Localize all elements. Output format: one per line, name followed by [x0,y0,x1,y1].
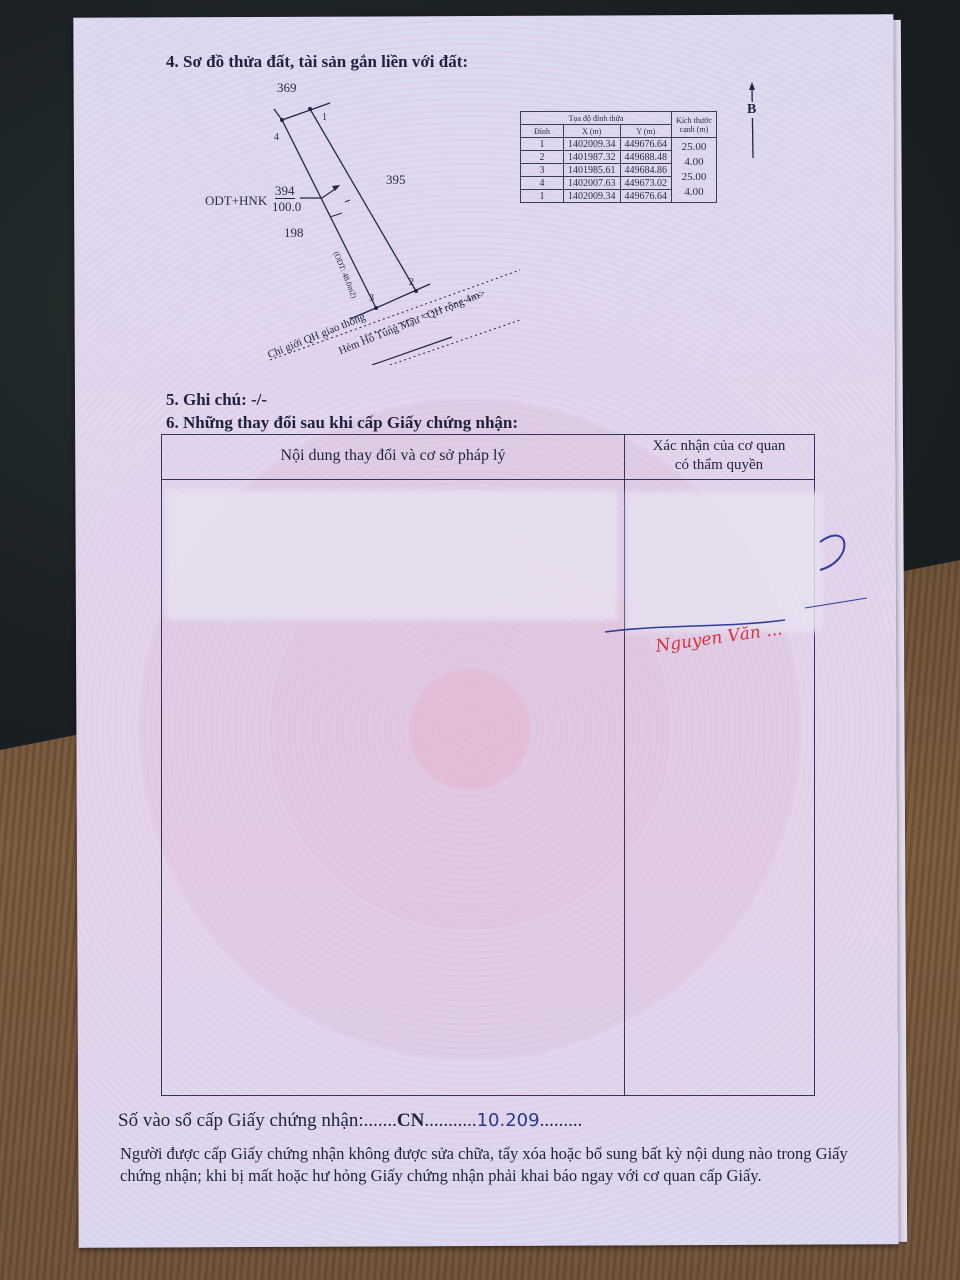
land-use-label: ODT+HNK [205,193,267,209]
neighbor-parcel-198: 198 [284,225,304,241]
section5-title: 5. Ghi chú: -/- [166,390,267,410]
coordinate-table: Tọa độ đỉnh thửa Kích thước cạnh (m) Đỉn… [520,111,717,203]
table-header-divider [162,479,814,480]
vertex-label-4: 4 [274,132,279,143]
coord-col-vertex: Đỉnh [521,125,564,138]
coord-row: 1 1402009.34 449676.64 25.00 4.00 25.00 … [521,138,717,151]
north-label: B [747,102,756,118]
coord-header-length: Kích thước cạnh (m) [672,112,717,138]
neighbor-parcel-395: 395 [386,172,406,188]
section4-title: 4. Sơ đồ thửa đất, tài sản gắn liền với … [166,52,468,72]
registration-number: 10.209 [477,1110,540,1131]
parcel-number: 394 [275,184,295,199]
neighbor-parcel-369: 369 [277,80,297,96]
vertex-label-1: 1 [322,112,327,123]
north-arrow-icon [742,82,762,160]
legal-notice: Người được cấp Giấy chứng nhận không đượ… [120,1143,880,1187]
registration-prefix: CN [397,1110,424,1131]
changes-col-header-content: Nội dung thay đổi và cơ sở pháp lý [162,447,624,465]
registration-label: Số vào sổ cấp Giấy chứng nhận: [118,1110,364,1131]
coord-header-group: Tọa độ đỉnh thửa [521,112,672,125]
redacted-content [166,490,618,620]
vertex-label-2: 2 [409,277,414,288]
parcel-area: 100.0 [272,199,301,215]
section6-title: 6. Những thay đổi sau khi cấp Giấy chứng… [166,413,518,433]
changes-col-header-authority: Xác nhận của cơ quan có thẩm quyền [624,437,814,475]
coord-col-y: Y (m) [620,125,672,138]
coord-col-x: X (m) [564,125,621,138]
registration-line: Số vào sổ cấp Giấy chứng nhận:.......CN.… [118,1110,582,1132]
edge-lengths: 25.00 4.00 25.00 4.00 [672,138,717,203]
pen-scribble [605,520,870,640]
vertex-label-3: 3 [369,293,374,304]
